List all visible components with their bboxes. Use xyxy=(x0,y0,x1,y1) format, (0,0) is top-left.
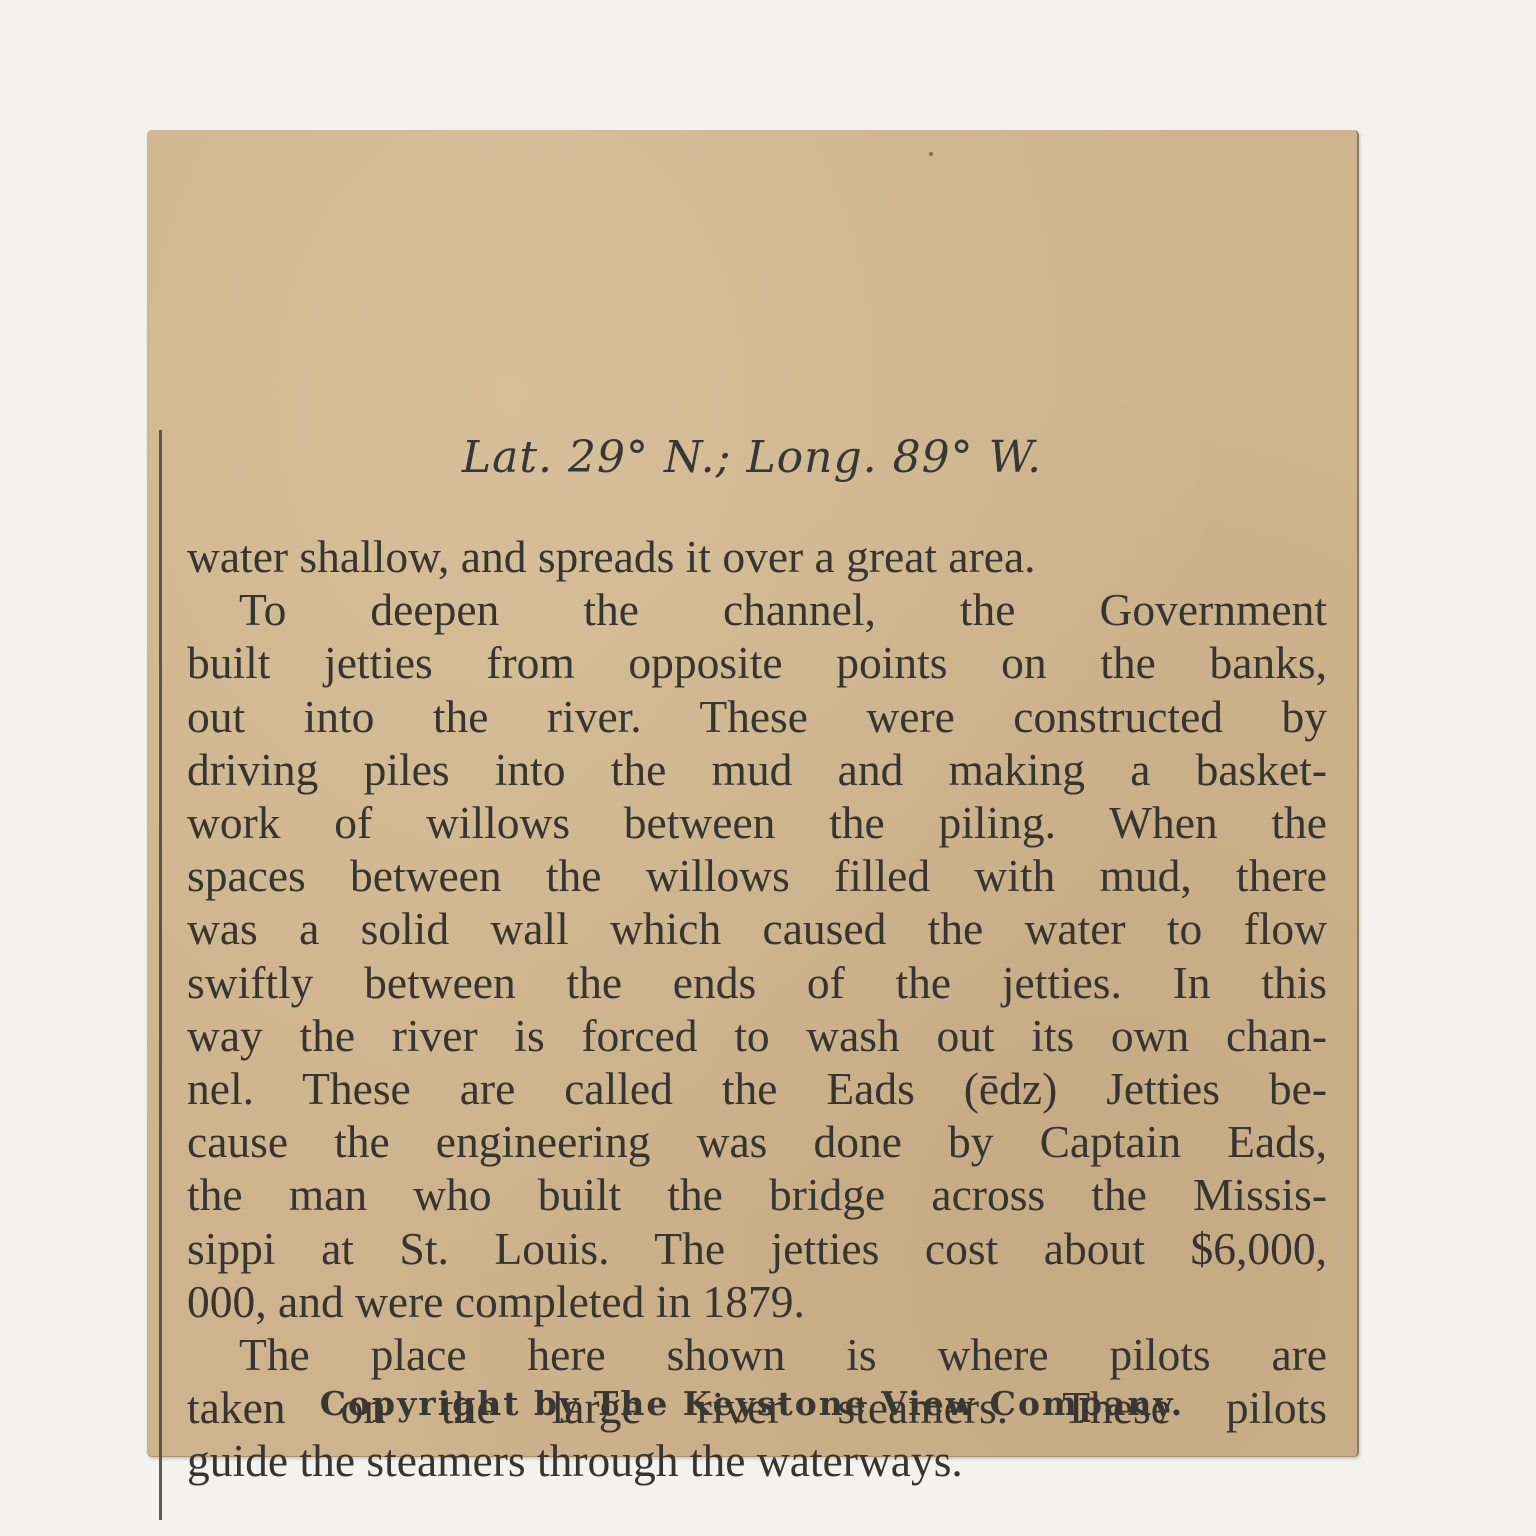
text-line: nel. These are called the Eads (ēdz) Jet… xyxy=(187,1062,1327,1115)
text-line: 000, and were completed in 1879. xyxy=(187,1275,1327,1328)
text-line: sippi at St. Louis. The jetties cost abo… xyxy=(187,1222,1327,1275)
text-line: swiftly between the ends of the jetties.… xyxy=(187,956,1327,1009)
text-line: was a solid wall which caused the water … xyxy=(187,902,1327,955)
text-line: To deepen the channel, the Government xyxy=(187,583,1327,636)
stereoview-card-back: Lat. 29° N.; Long. 89° W. water shallow,… xyxy=(147,130,1359,1457)
text-line: guide the steamers through the waterways… xyxy=(187,1434,1327,1487)
text-line: water shallow, and spreads it over a gre… xyxy=(187,530,1327,583)
description-text: water shallow, and spreads it over a gre… xyxy=(187,530,1327,1488)
text-line: driving piles into the mud and making a … xyxy=(187,743,1327,796)
coordinates-heading: Lat. 29° N.; Long. 89° W. xyxy=(147,432,1357,483)
text-line: way the river is forced to wash out its … xyxy=(187,1009,1327,1062)
copyright-notice: Copyright by The Keystone View Company. xyxy=(147,1384,1357,1423)
text-line: spaces between the willows filled with m… xyxy=(187,849,1327,902)
text-line: built jetties from opposite points on th… xyxy=(187,636,1327,689)
text-line: out into the river. These were construct… xyxy=(187,690,1327,743)
text-line: work of willows between the piling. When… xyxy=(187,796,1327,849)
paper-speck xyxy=(929,152,933,156)
text-line: cause the engineering was done by Captai… xyxy=(187,1115,1327,1168)
text-line: The place here shown is where pilots are xyxy=(187,1328,1327,1381)
margin-rule xyxy=(159,430,162,1520)
text-line: the man who built the bridge across the … xyxy=(187,1168,1327,1221)
